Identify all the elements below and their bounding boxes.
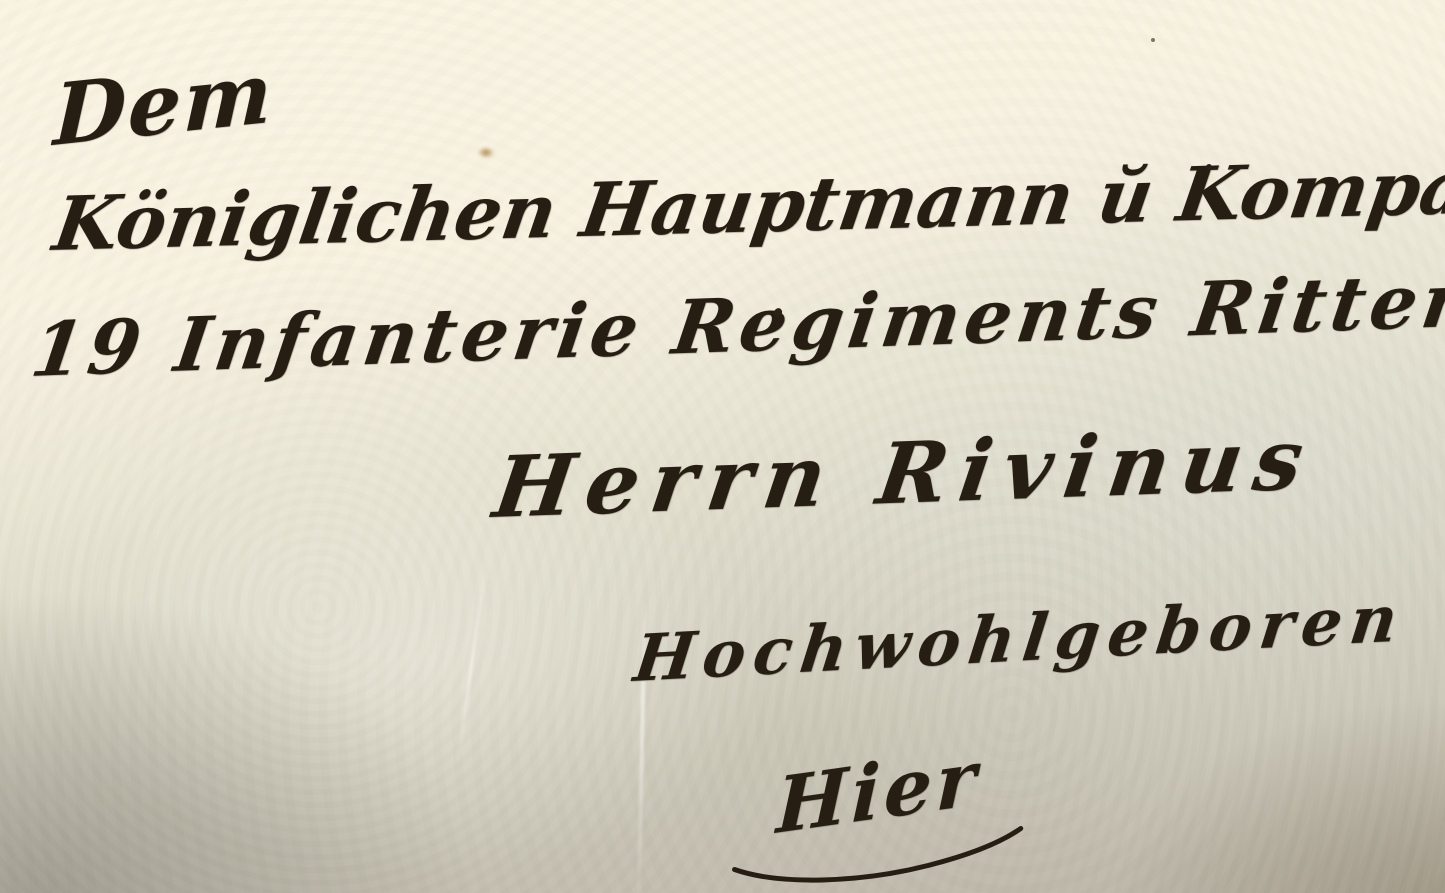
address-line-honorific: Hochwohlgeboren	[630, 581, 1409, 697]
underline-flourish	[727, 820, 1030, 892]
address-line-regiment: 19 Infanterie Regiments Ritterz	[26, 256, 1445, 394]
address-line-salutation: Dem	[52, 42, 275, 165]
foxing-stain	[478, 147, 494, 158]
ink-speck	[1206, 164, 1212, 170]
manuscript-page: Dem Königlichen Hauptmann ŭ Kompagnie Ch…	[0, 0, 1445, 893]
paper-scratch	[455, 561, 487, 769]
address-line-recipient-name: Herrn Rivinus	[488, 409, 1321, 537]
ink-speck	[1151, 38, 1155, 42]
address-line-rank: Königlichen Hauptmann ŭ Kompagnie Chef	[48, 134, 1445, 268]
